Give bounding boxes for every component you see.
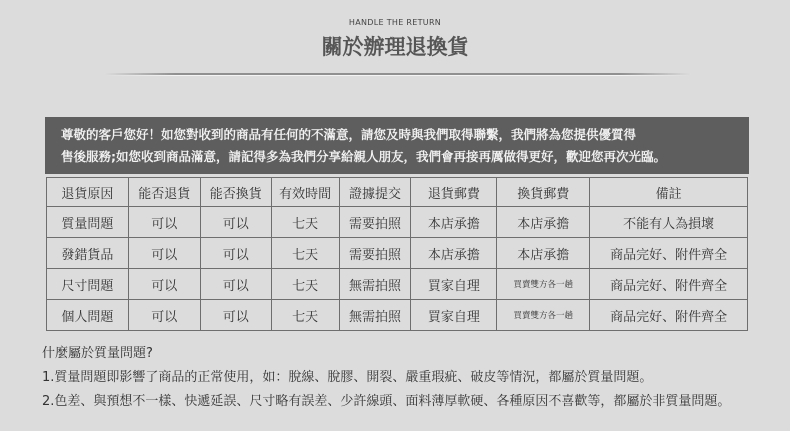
title-divider-highlight	[105, 75, 690, 76]
cell-return-shipping: 買家自理	[411, 300, 497, 331]
cell-exchange-shipping: 買賣雙方各一趟	[497, 300, 590, 331]
notice-line-2: 售後服務;如您收到商品滿意，請記得多為我們分享給親人朋友，我們會再接再厲做得更好…	[61, 146, 749, 168]
cell-return-shipping: 買家自理	[411, 269, 497, 300]
cell-evidence: 需要拍照	[339, 238, 411, 269]
cell-valid-period: 七天	[271, 300, 339, 331]
faq-item-1: 1.質量問題即影響了商品的正常使用，如：脫線、脫膠、開裂、嚴重瑕疵、破皮等情況，…	[42, 366, 730, 390]
cell-can-return: 可以	[128, 300, 200, 331]
cell-valid-period: 七天	[271, 269, 339, 300]
cell-valid-period: 七天	[271, 207, 339, 238]
header-evidence: 證據提交	[339, 178, 411, 207]
cell-reason: 發錯貨品	[47, 238, 129, 269]
cell-exchange-shipping: 買賣雙方各一趟	[497, 269, 590, 300]
cell-reason: 質量問題	[47, 207, 129, 238]
table-header-row: 退貨原因 能否退貨 能否換貨 有效時間 證據提交 退貨郵費 換貨郵費 備註	[47, 178, 748, 207]
section-subtitle: HANDLE THE RETURN	[0, 18, 790, 27]
return-policy-table: 退貨原因 能否退貨 能否換貨 有效時間 證據提交 退貨郵費 換貨郵費 備註 質量…	[46, 177, 748, 331]
cell-exchange-shipping: 本店承擔	[497, 238, 590, 269]
cell-can-exchange: 可以	[200, 238, 271, 269]
faq-question: 什麼屬於質量問題?	[42, 342, 730, 366]
cell-evidence: 需要拍照	[339, 207, 411, 238]
faq-item-2: 2.色差、與預想不一樣、快遞延誤、尺寸略有誤差、少許線頭、面料薄厚軟硬、各種原因…	[42, 390, 730, 414]
table-row: 個人問題 可以 可以 七天 無需拍照 買家自理 買賣雙方各一趟 商品完好、附件齊…	[47, 300, 748, 331]
table-row: 尺寸問題 可以 可以 七天 無需拍照 買家自理 買賣雙方各一趟 商品完好、附件齊…	[47, 269, 748, 300]
header-valid-period: 有效時間	[271, 178, 339, 207]
cell-can-return: 可以	[128, 207, 200, 238]
cell-can-exchange: 可以	[200, 300, 271, 331]
notice-line-1: 尊敬的客戶您好！如您對收到的商品有任何的不滿意，請您及時與我們取得聯繫，我們將為…	[61, 124, 749, 146]
cell-notes: 商品完好、附件齊全	[590, 238, 748, 269]
page-title: 關於辦理退換貨	[0, 31, 790, 61]
cell-can-exchange: 可以	[200, 269, 271, 300]
cell-reason: 尺寸問題	[47, 269, 129, 300]
cell-return-shipping: 本店承擔	[411, 207, 497, 238]
cell-evidence: 無需拍照	[339, 269, 411, 300]
cell-return-shipping: 本店承擔	[411, 238, 497, 269]
quality-faq: 什麼屬於質量問題? 1.質量問題即影響了商品的正常使用，如：脫線、脫膠、開裂、嚴…	[42, 342, 730, 414]
cell-valid-period: 七天	[271, 238, 339, 269]
header-can-exchange: 能否換貨	[200, 178, 271, 207]
cell-can-return: 可以	[128, 238, 200, 269]
cell-reason: 個人問題	[47, 300, 129, 331]
cell-notes: 不能有人為損壞	[590, 207, 748, 238]
cell-can-return: 可以	[128, 269, 200, 300]
cell-notes: 商品完好、附件齊全	[590, 300, 748, 331]
table-row: 質量問題 可以 可以 七天 需要拍照 本店承擔 本店承擔 不能有人為損壞	[47, 207, 748, 238]
notice-banner: 尊敬的客戶您好！如您對收到的商品有任何的不滿意，請您及時與我們取得聯繫，我們將為…	[45, 117, 749, 174]
header-return-shipping: 退貨郵費	[411, 178, 497, 207]
header-can-return: 能否退貨	[128, 178, 200, 207]
table-row: 發錯貨品 可以 可以 七天 需要拍照 本店承擔 本店承擔 商品完好、附件齊全	[47, 238, 748, 269]
cell-evidence: 無需拍照	[339, 300, 411, 331]
header-notes: 備註	[590, 178, 748, 207]
cell-exchange-shipping: 本店承擔	[497, 207, 590, 238]
header-exchange-shipping: 換貨郵費	[497, 178, 590, 207]
header-reason: 退貨原因	[47, 178, 129, 207]
cell-notes: 商品完好、附件齊全	[590, 269, 748, 300]
cell-can-exchange: 可以	[200, 207, 271, 238]
